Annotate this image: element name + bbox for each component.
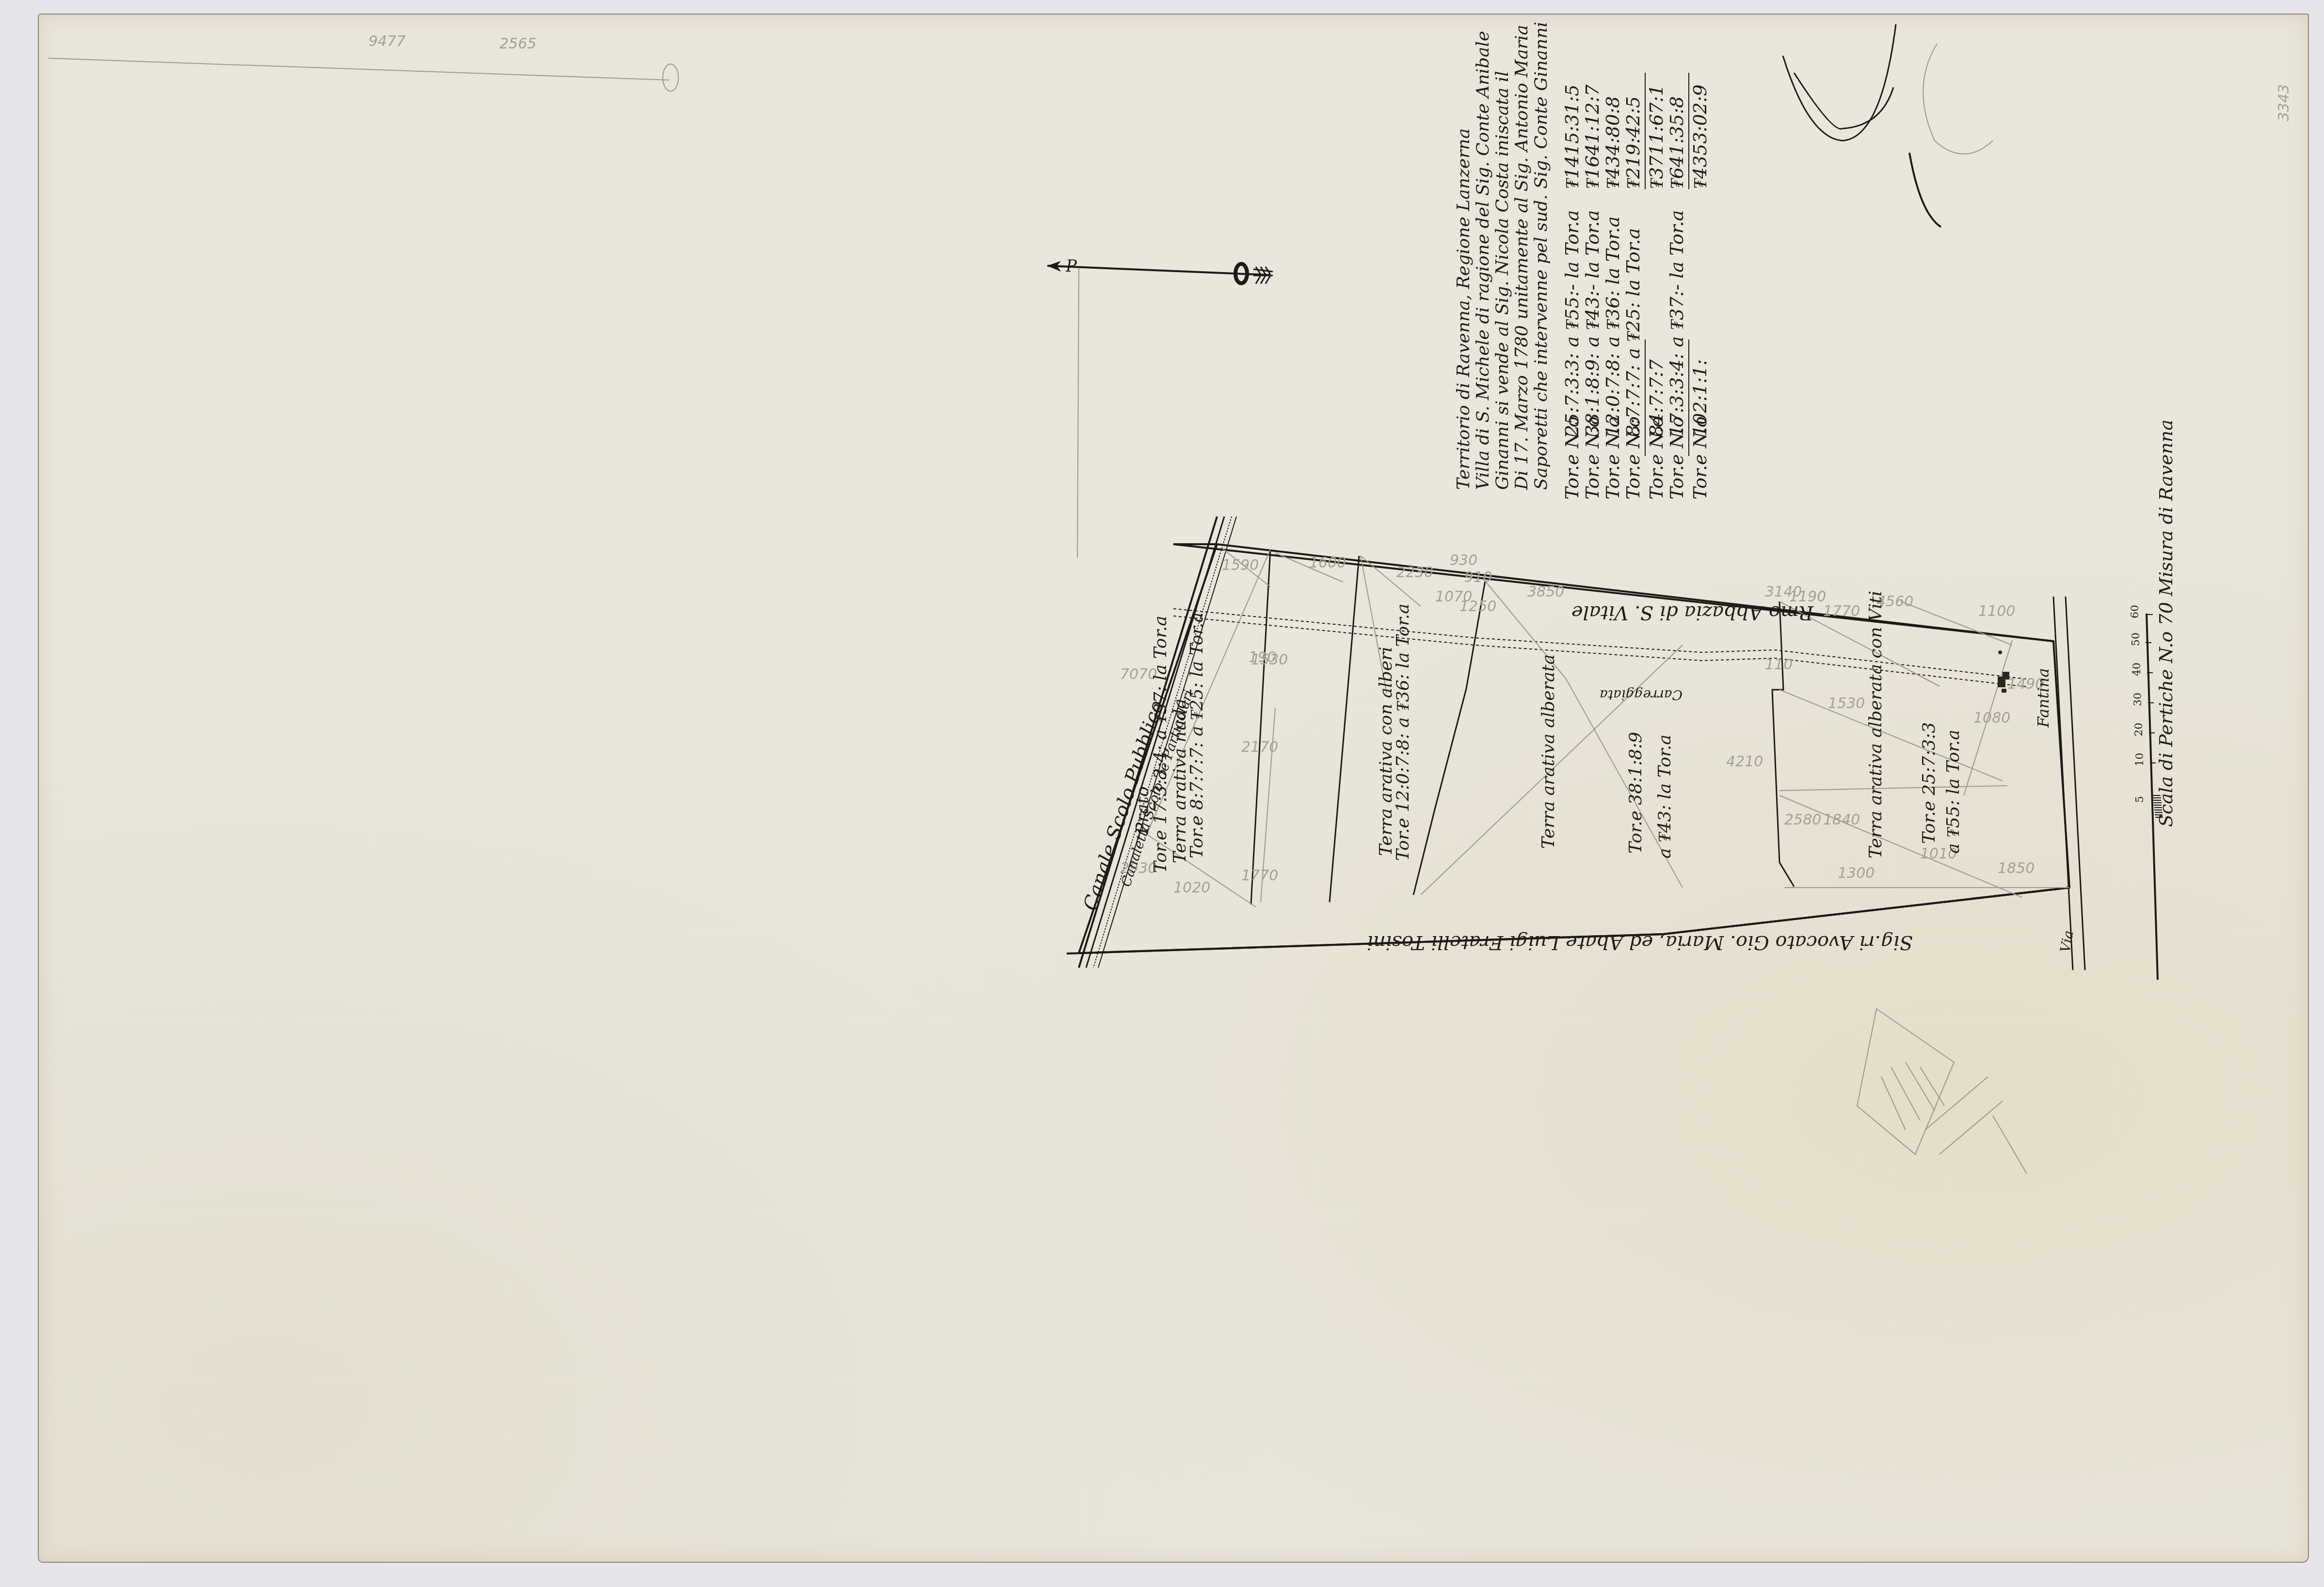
svg-text:3850: 3850 — [1527, 583, 1564, 600]
road-fantina — [2053, 597, 2073, 970]
title-line-5: Saporetti che intervenne pel sud. Sig. C… — [1531, 22, 1551, 490]
title-line-2: Villa di S. Michele di ragione del Sig. … — [1473, 31, 1493, 490]
svg-text:40: 40 — [2131, 663, 2143, 676]
svg-text:1020: 1020 — [1173, 879, 1210, 896]
pencil-catalog-number: 3343 — [2276, 84, 2292, 121]
table-row: Tor.e N.o 8:7:7:7: a ₮25: la Tor.a ₮219:… — [1622, 96, 1644, 500]
svg-text:₮219:42:5: ₮219:42:5 — [1622, 96, 1644, 189]
title-line-4: Di 17. Marzo 1780 unitamente al Sig. Ant… — [1512, 25, 1532, 490]
svg-text:102:1:1:: 102:1:1: — [1689, 359, 1711, 437]
svg-text:Terra arativa alberata con Vit: Terra arativa alberata con Viti — [1866, 591, 1886, 858]
compass-east-label: O — [1234, 277, 1238, 283]
svg-text:₮3711:67:1: ₮3711:67:1 — [1646, 84, 1667, 189]
svg-text:17:3:3:4: a ₮37:- la Tor.a: 17:3:3:4: a ₮37:- la Tor.a — [1666, 210, 1687, 437]
scale-bar: 5 10 20 30 40 50 60 Scala di Pertiche N.… — [2129, 420, 2177, 980]
svg-text:Tor.e 25:7:3:3: Tor.e 25:7:3:3 — [1919, 722, 1939, 844]
table-row-subtotal: Tor.e N.o 84:7:7:7 ₮3711:67:1 — [1646, 84, 1667, 500]
svg-text:50: 50 — [2130, 632, 2142, 646]
svg-text:₮1641:12:7: ₮1641:12:7 — [1582, 84, 1603, 189]
parcel-divider — [1330, 556, 1359, 902]
survey-map: 9477 2565 P O Territorio di Ravenna, Reg… — [0, 0, 2324, 1587]
svg-text:1100: 1100 — [1978, 603, 2015, 620]
svg-text:1300: 1300 — [1838, 865, 1875, 882]
svg-text:5: 5 — [2134, 796, 2146, 803]
svg-text:84:7:7:7: 84:7:7:7 — [1646, 359, 1667, 437]
svg-text:₮1415:31:5: ₮1415:31:5 — [1561, 84, 1583, 189]
svg-text:2230: 2230 — [1396, 564, 1433, 581]
svg-text:8:7:7:7: a ₮25: la Tor.a: 8:7:7:7: a ₮25: la Tor.a — [1622, 228, 1644, 437]
svg-text:Tor.e 38:1:8:9: Tor.e 38:1:8:9 — [1626, 732, 1646, 854]
svg-text:Tor.e 12:0:7:8: a ₮36: la Tor.: Tor.e 12:0:7:8: a ₮36: la Tor.a — [1393, 603, 1413, 861]
pencil-notes-top-left: 9477 2565 — [48, 33, 678, 91]
compass-arrow: P O — [1047, 257, 1273, 558]
svg-text:1770: 1770 — [1823, 603, 1860, 620]
title-line-3: Ginanni si vende al Sig. Nicola Costa in… — [1492, 71, 1512, 490]
svg-text:a ₮43: la Tor.a: a ₮43: la Tor.a — [1655, 734, 1675, 858]
svg-text:Prato: Prato — [1133, 786, 1153, 835]
svg-text:930: 930 — [1450, 552, 1477, 569]
svg-text:1250: 1250 — [1459, 598, 1496, 615]
svg-text:20: 20 — [2133, 723, 2145, 736]
svg-text:Tor.e 17:3:3:4: a ₮37: la Tor.: Tor.e 17:3:3:4: a ₮37: la Tor.a — [1151, 615, 1170, 873]
parcel-divider — [1772, 601, 1794, 887]
parcel-divider — [1251, 550, 1270, 905]
svg-text:₮641:35:8: ₮641:35:8 — [1666, 96, 1687, 189]
svg-text:4210: 4210 — [1726, 753, 1763, 770]
parcel-terra-arativa-alberata-con-viti: Terra arativa alberata con Viti Tor.e 25… — [1866, 591, 1963, 858]
svg-text:60: 60 — [2129, 605, 2141, 618]
title-line-1: Territorio di Ravenna, Regione Lanzerna — [1454, 129, 1474, 490]
boundary-label-north: Rmo Abbazia di S. Vitale — [1571, 601, 1814, 624]
table-row: Tor.e N.o 25:7:3:3: a ₮55:- la Tor.a ₮14… — [1561, 84, 1583, 500]
parcel-divider — [1413, 581, 1485, 895]
table-row: Tor.e N.o 38:1:8:9: a ₮43:- la Tor.a ₮16… — [1582, 84, 1603, 500]
svg-text:38:1:8:9: a ₮43:- la Tor.a: 38:1:8:9: a ₮43:- la Tor.a — [1582, 210, 1603, 437]
svg-text:1600: 1600 — [1309, 554, 1346, 571]
svg-text:10: 10 — [2134, 753, 2146, 766]
svg-text:a ₮55: la Tor.a: a ₮55: la Tor.a — [1943, 729, 1963, 854]
svg-text:1080: 1080 — [1973, 710, 2010, 727]
carreggiata-label: Carreggiata — [1600, 687, 1683, 703]
outbuilding-icon — [2002, 689, 2006, 693]
compass-west-label: P — [1065, 257, 1077, 276]
svg-text:190: 190 — [1249, 649, 1276, 666]
svg-text:2565: 2565 — [499, 35, 536, 52]
table-row-total: Tor.e N.o 102:1:1: ₮4353:02:9 — [1689, 84, 1711, 500]
svg-text:1850: 1850 — [1998, 860, 2035, 877]
svg-text:Tor.e 8:7:7:7: a ₮25: la Tor.a: Tor.e 8:7:7:7: a ₮25: la Tor.a — [1187, 612, 1207, 858]
boundary-label-south: Sig.ri Avocato Gio. Maria, ed Abate Luig… — [1367, 931, 1913, 954]
svg-text:₮4353:02:9: ₮4353:02:9 — [1689, 84, 1711, 189]
svg-text:110: 110 — [1765, 656, 1793, 673]
svg-text:910: 910 — [1464, 569, 1492, 586]
arrow-feather-icon — [1253, 267, 1273, 284]
via-label: Via — [2057, 929, 2076, 954]
svg-text:1530: 1530 — [1828, 695, 1865, 712]
svg-text:12:0:7:8: a ₮36: la Tor.a: 12:0:7:8: a ₮36: la Tor.a — [1602, 216, 1623, 437]
title-block: Territorio di Ravenna, Regione Lanzerna … — [1454, 22, 1551, 490]
svg-text:30: 30 — [2132, 693, 2144, 706]
decorative-arcs — [1783, 24, 1993, 227]
svg-text:2170: 2170 — [1241, 739, 1278, 756]
area-table: Tor.e N.o 25:7:3:3: a ₮55:- la Tor.a ₮14… — [1561, 73, 1711, 500]
svg-text:₮434:80:8: ₮434:80:8 — [1602, 96, 1623, 189]
table-row: Tor.e N.o 17:3:3:4: a ₮37:- la Tor.a ₮64… — [1666, 96, 1687, 500]
property-plan: 1590 1600 2230 930 910 1070 1250 3850 29… — [1067, 517, 2085, 970]
faint-compass-line — [48, 58, 669, 80]
svg-text:2580: 2580 — [1784, 811, 1821, 828]
svg-text:25:7:3:3: a ₮55:- la Tor.a: 25:7:3:3: a ₮55:- la Tor.a — [1561, 210, 1583, 437]
parcel-terra-arativa-alberata: Terra arativa alberata Tor.e 38:1:8:9 a … — [1539, 654, 1675, 858]
svg-text:1770: 1770 — [1241, 867, 1278, 884]
faint-compass-circle — [663, 64, 678, 91]
svg-text:1840: 1840 — [1823, 811, 1860, 828]
scale-label: Scala di Pertiche N.o 70 Misura di Raven… — [2155, 420, 2177, 827]
svg-text:1590: 1590 — [1222, 557, 1259, 574]
parcel-terra-arativa-con-alberi: Terra arativa con alberi Tor.e 12:0:7:8:… — [1376, 603, 1413, 861]
table-row: Tor.e N.o 12:0:7:8: a ₮36: la Tor.a ₮434… — [1602, 96, 1623, 500]
well-icon — [1998, 650, 2002, 654]
pencil-sketch — [1857, 1009, 2027, 1174]
svg-text:9477: 9477 — [369, 33, 405, 50]
road-label: Fantina — [2034, 668, 2052, 729]
svg-text:Terra arativa alberata: Terra arativa alberata — [1539, 654, 1558, 849]
